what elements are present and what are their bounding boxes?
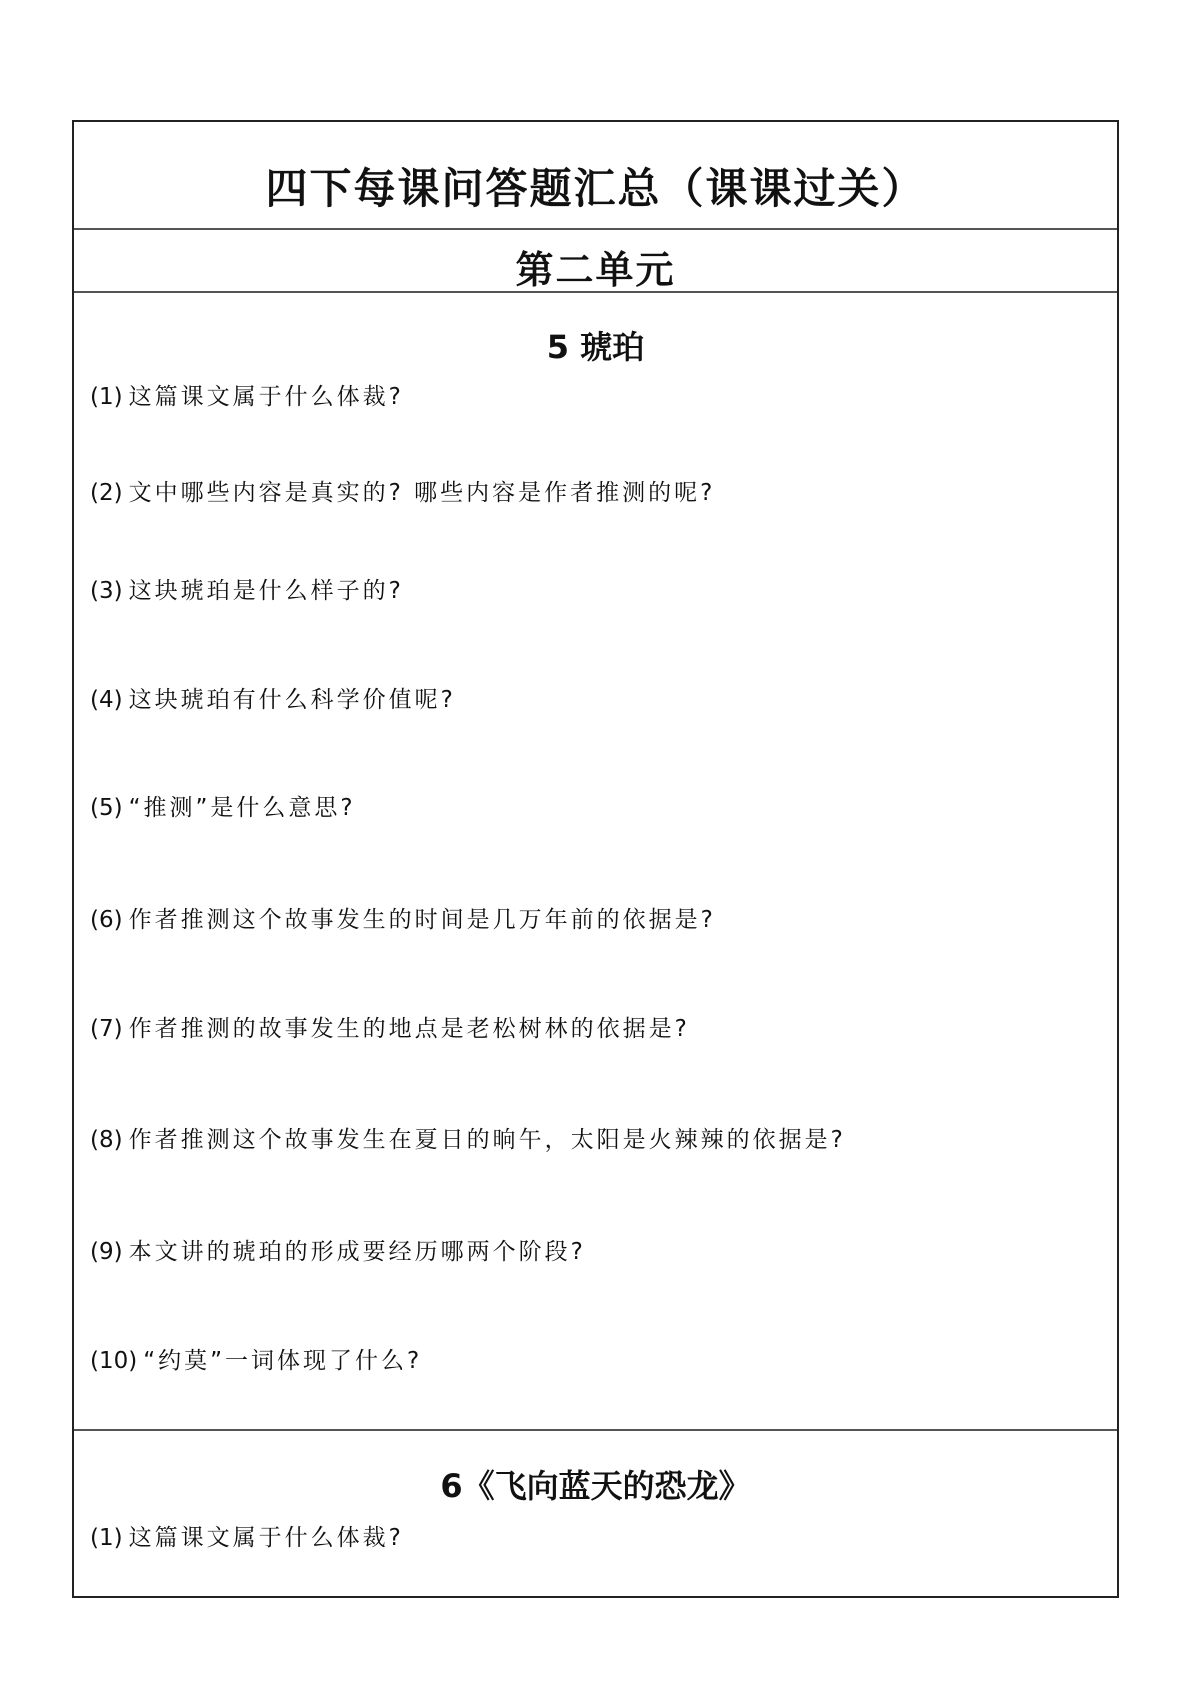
document-title: 四下每课问答题汇总（课课过关）: [74, 156, 1117, 216]
question-text: “约莫”一词体现了什么?: [143, 1348, 422, 1374]
unit-heading: 第二单元: [74, 239, 1117, 294]
question-text: 这块琥珀有什么科学价值呢?: [129, 687, 456, 713]
question-number: (8): [90, 1127, 123, 1153]
question-item: (9)本文讲的琥珀的形成要经历哪两个阶段?: [90, 1233, 586, 1266]
question-text: 作者推测这个故事发生在夏日的晌午，太阳是火辣辣的依据是?: [129, 1127, 846, 1153]
question-text: 这篇课文属于什么体裁?: [129, 1525, 404, 1551]
question-item: (4)这块琥珀有什么科学价值呢?: [90, 681, 456, 714]
question-item: (2)文中哪些内容是真实的? 哪些内容是作者推测的呢?: [90, 474, 715, 507]
question-number: (9): [90, 1239, 123, 1265]
lesson-title: 6《飞向蓝天的恐龙》: [74, 1461, 1117, 1507]
question-number: (1): [90, 1525, 123, 1551]
question-text: 文中哪些内容是真实的? 哪些内容是作者推测的呢?: [129, 480, 716, 506]
question-item: (1)这篇课文属于什么体裁?: [90, 378, 404, 411]
question-number: (2): [90, 480, 123, 506]
question-item: (3)这块琥珀是什么样子的?: [90, 572, 404, 605]
question-number: (7): [90, 1016, 123, 1042]
question-text: 这块琥珀是什么样子的?: [129, 578, 404, 604]
question-item: (5)“推测”是什么意思?: [90, 789, 356, 822]
divider: [74, 291, 1117, 293]
question-text: 这篇课文属于什么体裁?: [129, 384, 404, 410]
question-item: (1)这篇课文属于什么体裁?: [90, 1519, 404, 1552]
divider: [74, 1429, 1117, 1431]
worksheet-table: 四下每课问答题汇总（课课过关） 第二单元 5 琥珀 (1)这篇课文属于什么体裁?…: [72, 120, 1119, 1598]
question-text: 作者推测这个故事发生的时间是几万年前的依据是?: [129, 907, 716, 933]
question-number: (5): [90, 795, 123, 821]
divider: [74, 228, 1117, 230]
question-number: (10): [90, 1348, 137, 1374]
question-item: (7)作者推测的故事发生的地点是老松树林的依据是?: [90, 1010, 690, 1043]
question-text: 作者推测的故事发生的地点是老松树林的依据是?: [129, 1016, 690, 1042]
question-number: (6): [90, 907, 123, 933]
question-text: “推测”是什么意思?: [129, 795, 356, 821]
question-item: (10)“约莫”一词体现了什么?: [90, 1342, 422, 1375]
question-item: (8)作者推测这个故事发生在夏日的晌午，太阳是火辣辣的依据是?: [90, 1121, 846, 1154]
question-number: (1): [90, 384, 123, 410]
question-text: 本文讲的琥珀的形成要经历哪两个阶段?: [129, 1239, 586, 1265]
question-number: (4): [90, 687, 123, 713]
lesson-title: 5 琥珀: [74, 322, 1117, 368]
question-item: (6)作者推测这个故事发生的时间是几万年前的依据是?: [90, 901, 716, 934]
question-number: (3): [90, 578, 123, 604]
